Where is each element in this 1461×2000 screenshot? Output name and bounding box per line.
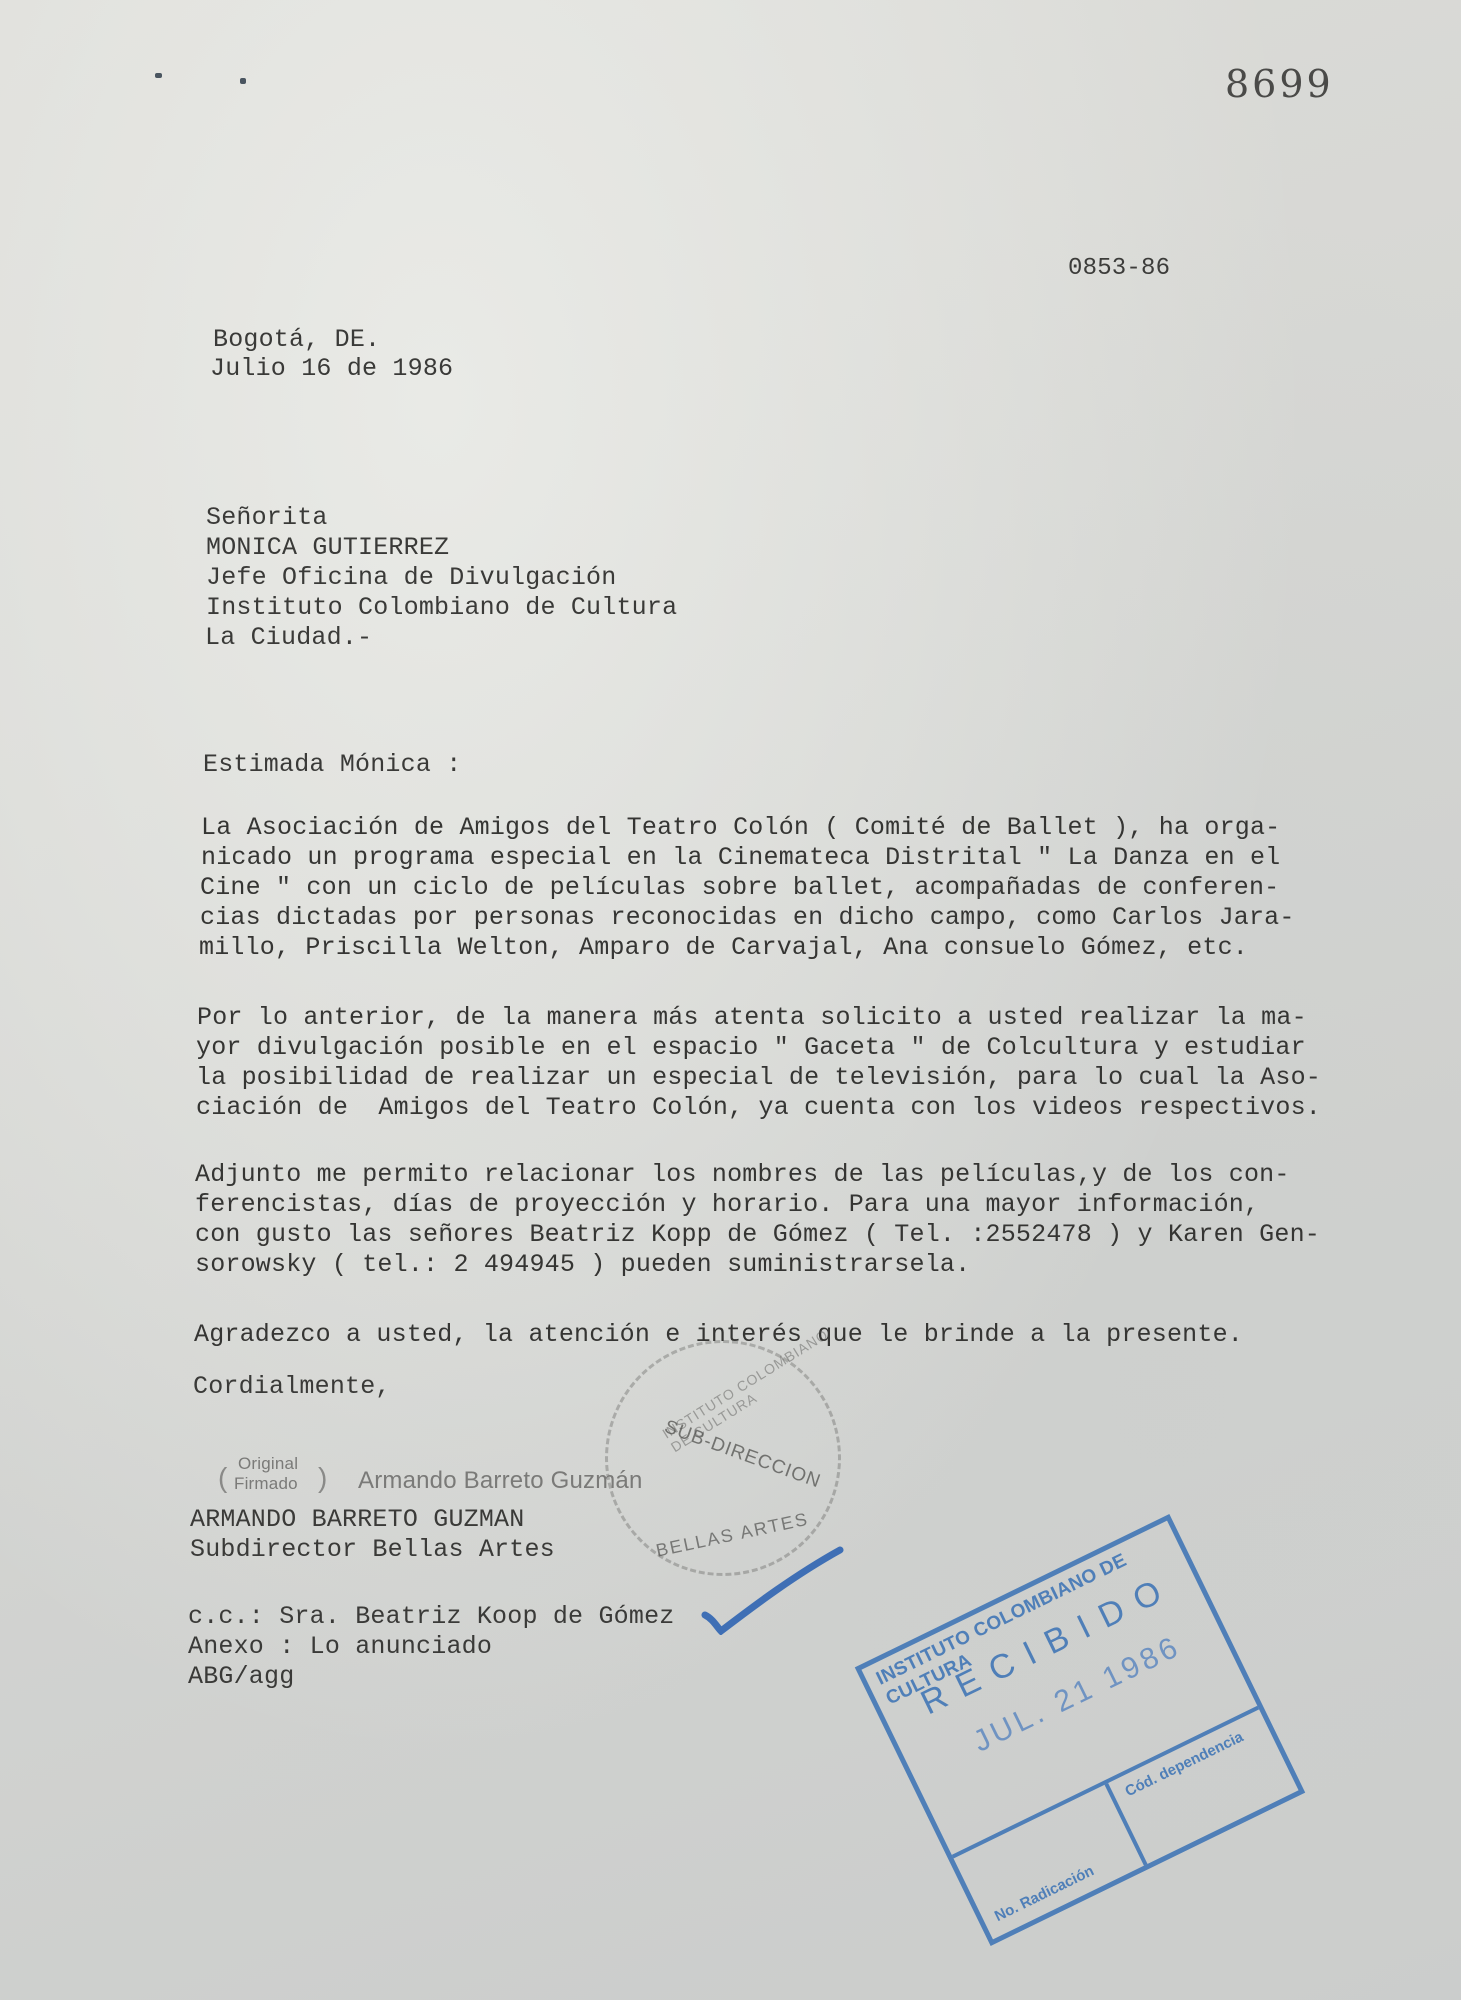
paragraph-line: ciación de Amigos del Teatro Colón, ya c… <box>196 1093 1321 1123</box>
reference-number: 0853-86 <box>1068 255 1170 282</box>
recipient-position: Jefe Oficina de Divulgación <box>206 563 616 593</box>
recipient-name: MONICA GUTIERREZ <box>206 533 449 563</box>
paragraph-line: Cine " con un ciclo de películas sobre b… <box>200 873 1279 903</box>
received-stamp: INSTITUTO COLOMBIANO DE CULTURA RECIBIDO… <box>855 1514 1305 1946</box>
letter-page: 8699 0853-86 Bogotá, DE. Julio 16 de 198… <box>0 0 1461 2000</box>
paragraph-line: Adjunto me permito relacionar los nombre… <box>195 1160 1290 1190</box>
paragraph-line: Por lo anterior, de la manera más atenta… <box>197 1003 1307 1033</box>
initials-line: ABG/agg <box>188 1662 294 1692</box>
greeting: Estimada Mónica : <box>203 750 461 780</box>
field-dependencia-label: Cód. dependencia <box>1122 1728 1246 1800</box>
paragraph-line: La Asociación de Amigos del Teatro Colón… <box>201 813 1280 843</box>
paragraph-line: ferencistas, días de proyección y horari… <box>195 1190 1259 1220</box>
paragraph-line: la posibilidad de realizar un especial d… <box>196 1063 1321 1093</box>
paragraph-line: millo, Priscilla Welton, Amparo de Carva… <box>199 933 1248 963</box>
paragraph-line: nicado un programa especial en la Cinema… <box>201 843 1280 873</box>
stamp-original: Original <box>238 1455 298 1473</box>
annex-line: Anexo : Lo anunciado <box>188 1632 492 1662</box>
signatory-title: Subdirector Bellas Artes <box>190 1535 555 1565</box>
paragraph-line: sorowsky ( tel.: 2 494945 ) pueden sumin… <box>195 1250 970 1280</box>
stamp-paren-close: ) <box>318 1448 328 1508</box>
signed-name-stamp: Armando Barreto Guzmán <box>358 1467 643 1495</box>
signatory-name: ARMANDO BARRETO GUZMAN <box>190 1505 524 1535</box>
paper-speck <box>155 73 162 78</box>
field-dependencia: Cód. dependencia <box>1108 1709 1298 1864</box>
recipient-city: La Ciudad.- <box>205 623 372 653</box>
paper-speck <box>240 78 246 84</box>
archive-number: 8699 <box>1225 62 1334 106</box>
stamp-firmado: Firmado <box>234 1475 298 1493</box>
recipient-institution: Instituto Colombiano de Cultura <box>206 593 677 623</box>
letter-place: Bogotá, DE. <box>213 325 380 355</box>
circular-stamp-center-text: SUB-DIRECCION <box>661 1416 824 1493</box>
letter-date: Julio 16 de 1986 <box>210 354 453 384</box>
paragraph-line: con gusto las señores Beatriz Kopp de Gó… <box>195 1220 1320 1250</box>
checkmark-icon <box>695 1545 845 1635</box>
paragraph-line: cias dictadas por personas reconocidas e… <box>200 903 1295 933</box>
cc-line: c.c.: Sra. Beatriz Koop de Gómez <box>188 1602 674 1632</box>
closing: Cordialmente, <box>193 1372 391 1402</box>
paragraph-line: yor divulgación posible en el espacio " … <box>196 1033 1306 1063</box>
recipient-salutation: Señorita <box>206 503 328 533</box>
field-radicacion-label: No. Radicación <box>992 1862 1097 1925</box>
stamp-paren-open: ( <box>218 1448 228 1508</box>
field-radicacion: No. Radicación <box>954 1783 1148 1939</box>
